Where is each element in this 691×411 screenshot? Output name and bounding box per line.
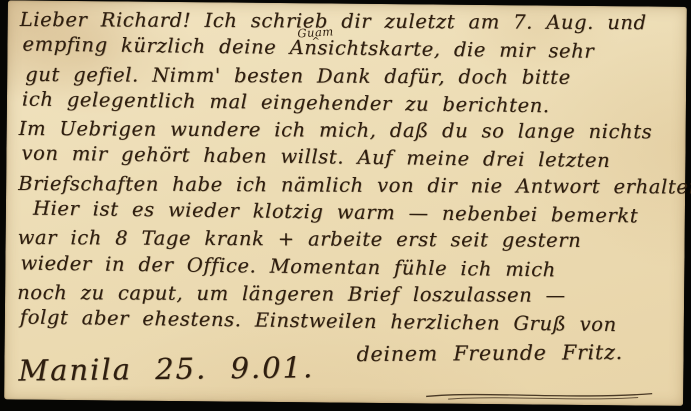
closing-signature-line: deinem Freunde Fritz. xyxy=(356,340,623,366)
signature-flourish xyxy=(424,386,656,402)
postcard-paper: Lieber Richard! Ich schrieb dir zuletzt … xyxy=(4,0,687,405)
interlinear-insertion: Guam ^ xyxy=(297,26,334,46)
place-dateline: Manila 25. 9.01. xyxy=(18,350,314,387)
postcard-scan: Lieber Richard! Ich schrieb dir zuletzt … xyxy=(0,0,691,411)
